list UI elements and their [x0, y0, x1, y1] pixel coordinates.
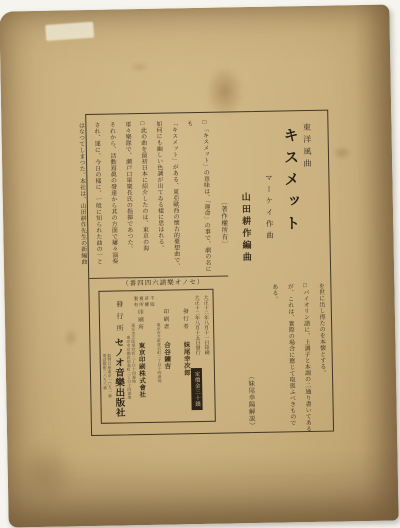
photo-background: 東洋風曲 キスメット マーケイ作曲 山田耕作編曲 〔著作權所有〕 □「キスメット… — [0, 0, 400, 528]
composer-credit: マーケイ作曲 — [263, 174, 275, 243]
stain — [63, 328, 78, 347]
stain — [205, 65, 244, 118]
description-upper: □「キスメット」の意味は、「運命」の事で、劇の名にも 「キスメット」がある、東亞… — [72, 120, 214, 281]
stain — [13, 438, 78, 511]
role-entry: 印刷者合谷鑛吉 東京市芝區愛宕町二丁目十四番地 — [155, 309, 172, 417]
series-number-label: （番四四六譜樂オノセ） — [107, 277, 219, 288]
print-dates: 大正十二年八月十一日印刷 大正十二年八月十五日發行 — [192, 295, 211, 367]
genre-label: 東洋風曲 — [301, 123, 313, 171]
page-title: キスメット — [279, 127, 302, 237]
sticker-remnant — [45, 22, 94, 41]
printed-frame: 東洋風曲 キスメット マーケイ作曲 山田耕作編曲 〔著作權所有〕 □「キスメット… — [85, 110, 334, 436]
stain — [332, 145, 352, 160]
role-entry: 發行者妹尾幸次郎 — [181, 308, 192, 416]
publisher-label: 發行所 — [115, 300, 126, 336]
arranger-credit: 山田耕作編曲 — [240, 192, 254, 264]
copyright-notice: 製複許不 有所權版 — [134, 296, 156, 307]
sheet-music-back-cover: 東洋風曲 キスメット マーケイ作曲 山田耕作編曲 〔著作權所有〕 □「キスメット… — [0, 4, 399, 527]
stain — [128, 61, 150, 73]
attribution: （妹尾幸陽解説） — [246, 373, 256, 429]
role-name: 合谷鑛吉 — [163, 341, 171, 369]
role-name: 東京印刷株式會社 — [137, 342, 145, 398]
colophon-roles: 發行者妹尾幸次郎 印刷者合谷鑛吉 東京市芝區愛宕町二丁目十四番地 印刷所東京印刷… — [130, 308, 192, 417]
role-label: 發行者 — [182, 308, 188, 331]
publisher-address: 東京市京橋區尾張町二丁目十四番地 — [125, 335, 132, 399]
role-label: 印刷者 — [162, 309, 168, 332]
publisher-contact: 振替口座東京一〇九一番 電話銀座二六九六番 — [102, 354, 112, 398]
price-badge: 定價金三十錢 — [191, 368, 203, 410]
role-name: 妹尾幸次郎 — [182, 341, 190, 376]
role-entry: 印刷所東京印刷株式會社 東京市芝區愛宕町二丁目十四番地 — [130, 309, 147, 417]
description-lower: を世に出し得たのを本懐とする。 □バイオリン譜に、上調子と本調の二通り書いてある… — [265, 283, 330, 434]
rights-notice: 〔著作權所有〕 — [219, 198, 229, 247]
colophon-box: 大正十二年八月十一日印刷 大正十二年八月十五日發行 定價金三十錢 製複許不 有所… — [98, 289, 215, 424]
role-label: 印刷所 — [137, 309, 143, 332]
